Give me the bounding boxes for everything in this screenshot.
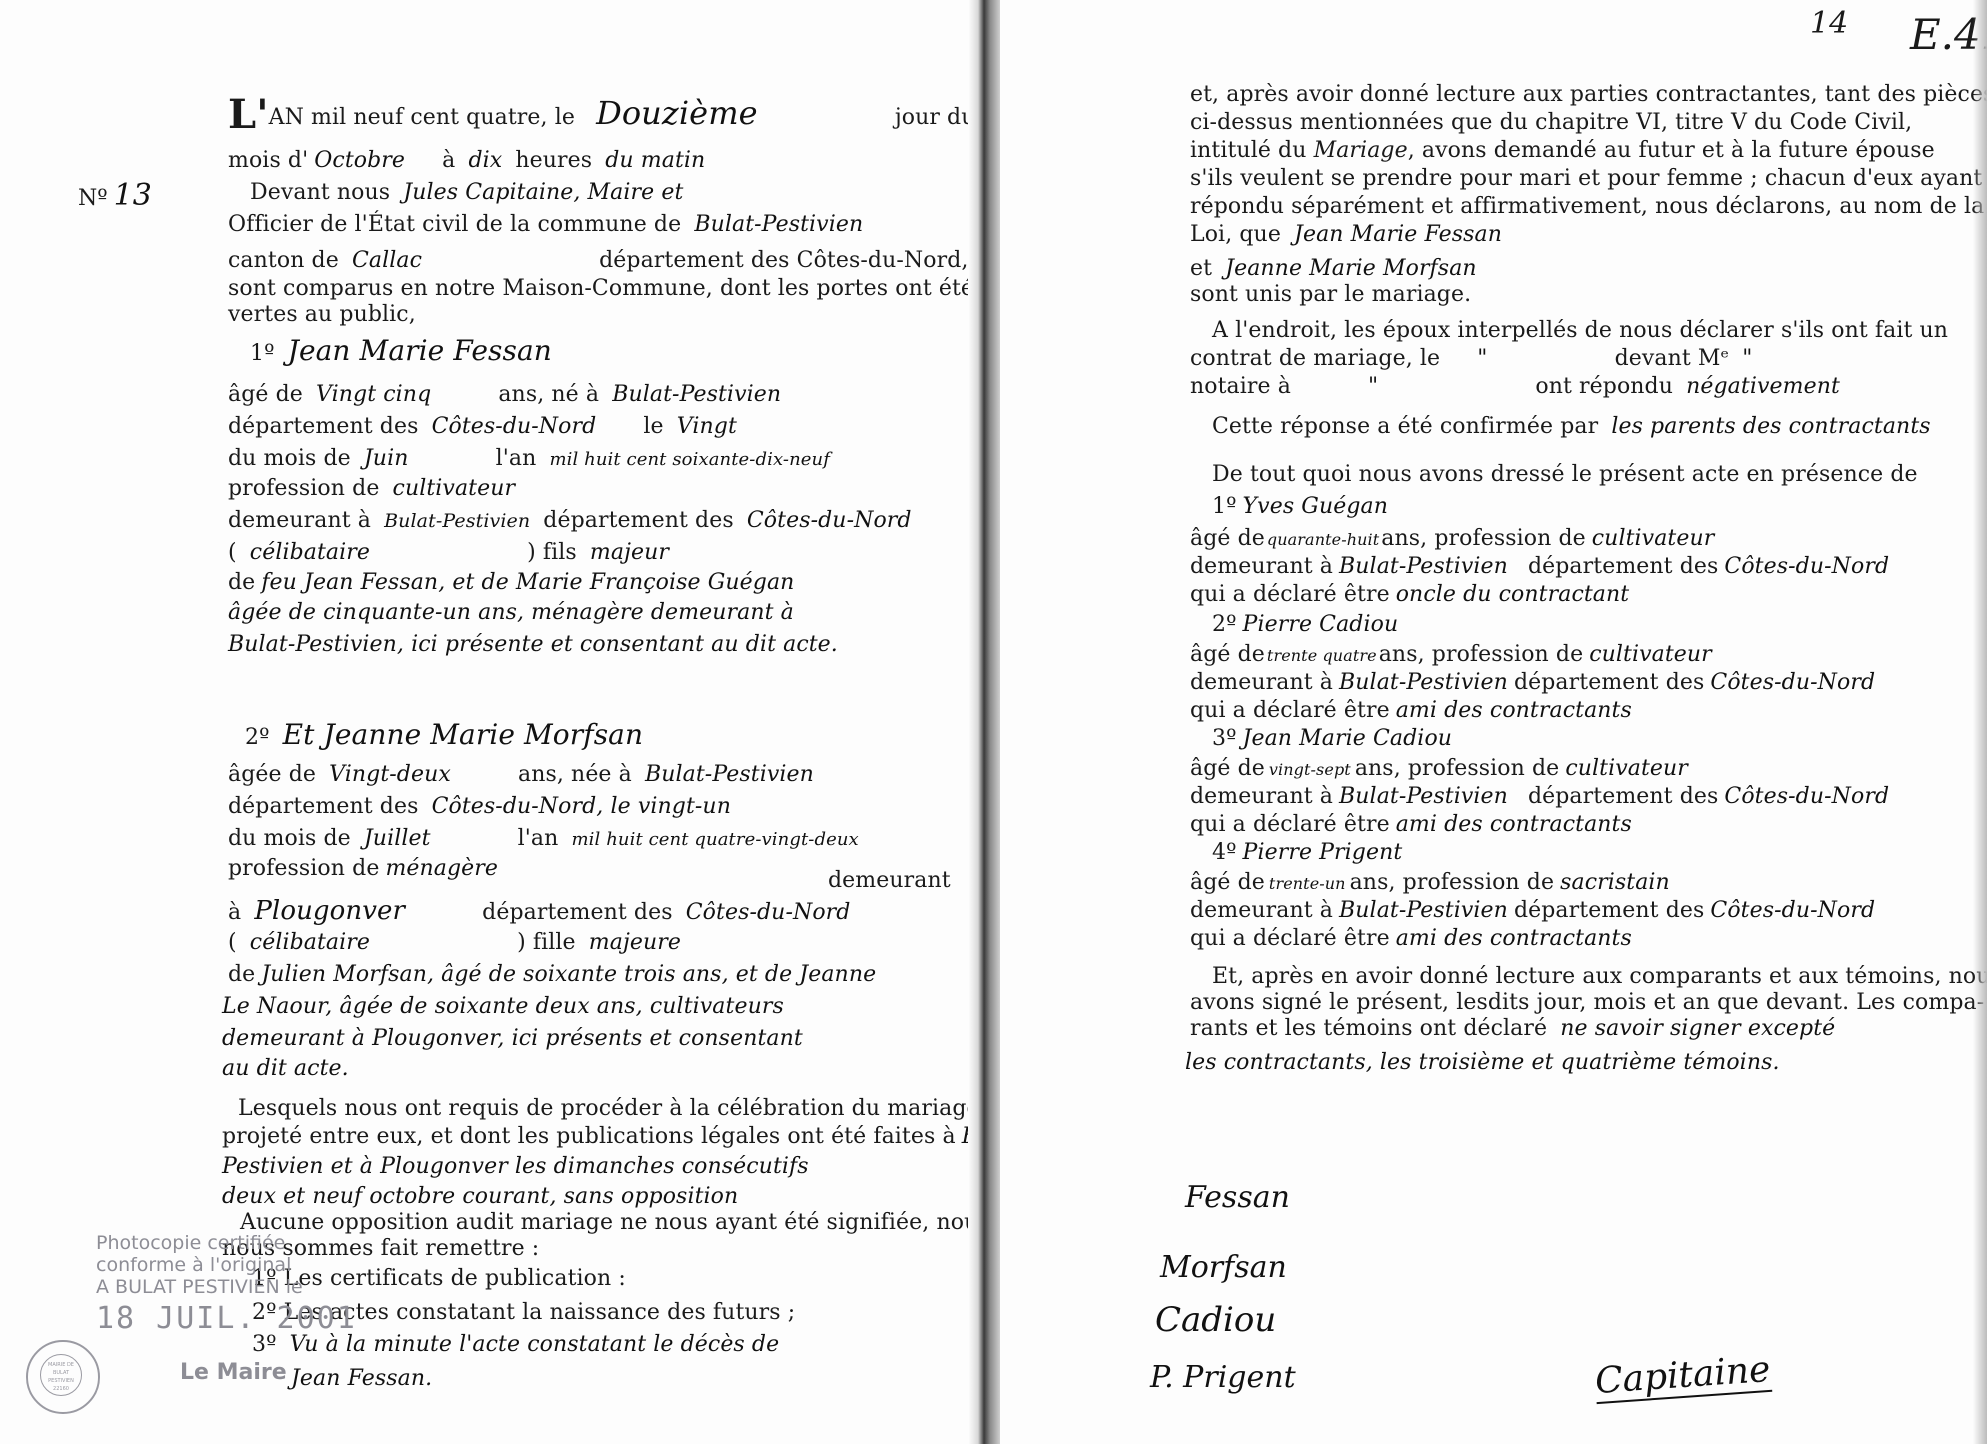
- reading-line-1: et, après avoir donné lecture aux partie…: [1190, 82, 1987, 108]
- text: Loi, que: [1190, 222, 1281, 247]
- hw-birthplace: Bulat-Pestivien: [612, 382, 781, 407]
- text: demeurant à: [1190, 554, 1333, 579]
- hw-status: célibataire: [250, 930, 370, 955]
- text: l'an: [518, 826, 559, 851]
- text: ans, née à: [518, 762, 632, 787]
- bride-name-line: 2º Et Jeanne Marie Morfsan: [245, 722, 649, 751]
- seal-text: MAIRIE DE BULAT PESTIVIEN 22160: [40, 1354, 82, 1396]
- groom-residence-line: demeurant à Bulat-Pestivien département …: [228, 508, 918, 534]
- hw-age: trente quatre: [1267, 646, 1377, 665]
- contract-line-3: notaire à " ont répondu négativement: [1190, 374, 1846, 400]
- hw-dept: Côtes-du-Nord: [1710, 898, 1875, 923]
- text: l'an: [496, 446, 537, 471]
- text: (: [228, 930, 237, 955]
- text: ) fille: [517, 930, 576, 955]
- hw-witness-name: Jean Marie Cadiou: [1243, 726, 1453, 751]
- hw-day: Douzième: [596, 94, 758, 132]
- hw-groom-name: Jean Marie Fessan: [288, 334, 552, 367]
- bride-parents-line-3: demeurant à Plougonver, ici présents et …: [222, 1026, 809, 1052]
- intro-line-2: mois d'Octobre à dix heures du matin: [228, 148, 711, 174]
- signature-witness-3: Cadiou: [1155, 1300, 1276, 1340]
- groom-age-line: âgé de Vingt cinq ans, né à Bulat-Pestiv…: [228, 382, 787, 408]
- text: à: [442, 148, 455, 173]
- bride-parents-line-4: au dit acte.: [222, 1056, 355, 1082]
- hw-residence: Bulat-Pestivien: [1339, 670, 1508, 695]
- ordinal: 1º: [1212, 494, 1237, 519]
- publications-line-2: projeté entre eux, et dont les publicati…: [222, 1124, 1035, 1150]
- text: heures: [515, 148, 592, 173]
- reading-line-7: et Jeanne Marie Morfsan: [1190, 256, 1483, 282]
- contract-line-2: contrat de mariage, le " devant Mᵉ ": [1190, 346, 1759, 372]
- hw-parents: âgée de cinquante-un ans, ménagère demeu…: [228, 600, 794, 625]
- text: ans, né à: [498, 382, 599, 407]
- signature-groom: Fessan: [1185, 1180, 1290, 1215]
- hw-birthplace: Bulat-Pestivien: [645, 762, 814, 787]
- text: ans, profession de: [1381, 526, 1586, 551]
- hw-closing: les contractants, les troisième et quatr…: [1185, 1050, 1780, 1075]
- stamp-date: 18 JUIL. 2001: [96, 1308, 357, 1330]
- bride-month-line: du mois de Juillet l'an mil huit cent qu…: [228, 826, 865, 853]
- certification-stamp: Photocopie certifiée conforme à l'origin…: [96, 1232, 357, 1330]
- hw-residence: Bulat-Pestivien: [1339, 554, 1508, 579]
- stamp-line-1: Photocopie certifiée: [96, 1232, 357, 1254]
- hw-parents: au dit acte.: [222, 1056, 349, 1081]
- page-edge: [1973, 0, 1987, 1444]
- text: ont répondu: [1535, 374, 1673, 399]
- text: département des Côtes-du-Nord,: [599, 248, 968, 273]
- bride-age-line: âgée de Vingt-deux ans, née à Bulat-Pest…: [228, 762, 820, 788]
- hw-item: Jean Fessan.: [291, 1366, 432, 1391]
- intro-line-4: Officier de l'État civil de la commune d…: [228, 212, 869, 238]
- text: Les actes constatant la naissance des fu…: [284, 1300, 796, 1325]
- reading-line-4: s'ils veulent se prendre pour mari et po…: [1190, 166, 1982, 192]
- text: Devant nous: [250, 180, 390, 205]
- text: demeurant à: [1190, 670, 1333, 695]
- contract-line-4: Cette réponse a été confirmée par les pa…: [1212, 414, 1937, 440]
- hw-commune: Bulat-Pestivien: [694, 212, 863, 237]
- stamp-signatory: Le Maire: [180, 1360, 287, 1385]
- reading-line-8: sont unis par le mariage.: [1190, 282, 1471, 308]
- groom-status-line: ( célibataire ) fils majeur: [228, 540, 675, 566]
- text: département des: [1528, 554, 1718, 579]
- bride-profession-line: profession deménagère: [228, 856, 504, 882]
- publications-line-4: deux et neuf octobre courant, sans oppos…: [222, 1184, 744, 1210]
- hw-relation: ami des contractants: [1396, 812, 1632, 837]
- text: rants et les témoins ont déclaré: [1190, 1016, 1547, 1041]
- text: département des: [1514, 670, 1704, 695]
- hw-parents: Julien Morfsan, âgé de soixante trois an…: [261, 962, 876, 987]
- signature-mayor: Capitaine: [1594, 1349, 1772, 1404]
- hw-confirmation: les parents des contractants: [1611, 414, 1930, 439]
- text: âgée de: [228, 762, 316, 787]
- hw-year: mil huit cent soixante-dix-neuf: [549, 449, 830, 470]
- hw-profession: cultivateur: [393, 476, 516, 501]
- hw-relation: ami des contractants: [1396, 698, 1632, 723]
- hw-dept-day: Côtes-du-Nord, le vingt-un: [432, 794, 731, 819]
- witnesses-intro: De tout quoi nous avons dressé le présen…: [1212, 462, 1918, 488]
- hw-ditto: ": [1742, 346, 1752, 371]
- text: Cette réponse a été confirmée par: [1212, 414, 1598, 439]
- hw-parents: Bulat-Pestivien, ici présente et consent…: [228, 632, 838, 657]
- text: ans, profession de: [1379, 642, 1584, 667]
- hw-witness-name: Pierre Cadiou: [1243, 612, 1399, 637]
- hw-status: célibataire: [250, 540, 370, 565]
- hw-ditto: ": [1477, 346, 1487, 371]
- mairie-seal-icon: MAIRIE DE BULAT PESTIVIEN 22160: [26, 1340, 100, 1414]
- text: demeurant à: [1190, 784, 1333, 809]
- text: département des: [1528, 784, 1718, 809]
- hw-relation: oncle du contractant: [1396, 582, 1630, 607]
- text: (: [228, 540, 237, 565]
- text: le: [643, 414, 663, 439]
- hw-residence: Bulat-Pestivien: [1339, 784, 1508, 809]
- closing-line-2: avons signé le présent, lesdits jour, mo…: [1190, 990, 1984, 1016]
- text: , avons demandé au futur et à la future …: [1408, 138, 1935, 163]
- text: canton de: [228, 248, 339, 273]
- hw-officer: Jules Capitaine, Maire et: [403, 180, 683, 205]
- publications-line-3: Pestivien et à Plougonver les dimanches …: [222, 1154, 815, 1180]
- hw-hour: dix: [468, 148, 502, 173]
- text: intitulé du: [1190, 138, 1307, 163]
- text: jour du: [895, 105, 976, 130]
- drop-cap: L': [228, 91, 269, 138]
- text: département des: [228, 414, 418, 439]
- right-page: 14 E.41 et, après avoir donné lecture au…: [1000, 0, 1987, 1444]
- groom-dept-line: département des Côtes-du-Nord le Vingt: [228, 414, 743, 440]
- hw-dept: Côtes-du-Nord: [1724, 784, 1889, 809]
- closing-line-1: Et, après en avoir donné lecture aux com…: [1212, 964, 1987, 990]
- text: qui a déclaré être: [1190, 582, 1390, 607]
- hw-age: Vingt-deux: [329, 762, 451, 787]
- text: profession de: [228, 856, 379, 881]
- bride-parents-line-1: deJulien Morfsan, âgé de soixante trois …: [228, 962, 882, 988]
- hw-year: mil huit cent quatre-vingt-deux: [572, 829, 859, 850]
- text: notaire à: [1190, 374, 1291, 399]
- text: âgé de: [1190, 756, 1265, 781]
- groom-parents-line-1: defeu Jean Fessan, et de Marie Françoise…: [228, 570, 800, 596]
- hw-response: négativement: [1686, 374, 1840, 399]
- hw-dept: Côtes-du-Nord: [432, 414, 597, 439]
- act-number-label: Nº: [78, 186, 108, 211]
- text: département des: [482, 900, 672, 925]
- text: demeurant à: [1190, 898, 1333, 923]
- hw-age: vingt-sept: [1269, 760, 1351, 779]
- bride-dept-line: département des Côtes-du-Nord, le vingt-…: [228, 794, 737, 820]
- text-italic: Mariage: [1314, 138, 1408, 163]
- hw-witness-name: Pierre Prigent: [1243, 840, 1403, 865]
- ordinal: 3º: [1212, 726, 1237, 751]
- hw-residence-dept: Côtes-du-Nord: [747, 508, 912, 533]
- hw-groom-name: Jean Marie Fessan: [1294, 222, 1502, 247]
- hw-time: du matin: [605, 148, 705, 173]
- text: à: [228, 900, 241, 925]
- hw-canton: Callac: [352, 248, 422, 273]
- hw-parents: feu Jean Fessan, et de Marie Françoise G…: [261, 570, 794, 595]
- hw-profession: cultivateur: [1565, 756, 1688, 781]
- hw-ditto: ": [1368, 374, 1378, 399]
- hw-parents: Le Naour, âgée de soixante deux ans, cul…: [222, 994, 784, 1019]
- text: âgé de: [1190, 642, 1265, 667]
- hw-closing: ne savoir signer excepté: [1560, 1016, 1835, 1041]
- closing-line-3: rants et les témoins ont déclaré ne savo…: [1190, 1016, 1841, 1042]
- text: qui a déclaré être: [1190, 926, 1390, 951]
- bride-residence-label: demeurant: [828, 868, 951, 894]
- text: département des: [543, 508, 733, 533]
- text: devant Mᵉ: [1615, 346, 1730, 371]
- hw-day: Vingt: [677, 414, 737, 439]
- reading-line-5: répondu séparément et affirmativement, n…: [1190, 194, 1984, 220]
- text: demeurant à: [228, 508, 371, 533]
- groom-parents-line-2: âgée de cinquante-un ans, ménagère demeu…: [228, 600, 800, 626]
- hw-profession: ménagère: [385, 856, 498, 881]
- left-page: Nº13 L'AN mil neuf cent quatre, le Douzi…: [0, 0, 975, 1444]
- text: âgé de: [1190, 526, 1265, 551]
- hw-residence: Bulat-Pestivien: [384, 510, 530, 532]
- bride-parents-line-2: Le Naour, âgée de soixante deux ans, cul…: [222, 994, 790, 1020]
- text: ) fils: [527, 540, 577, 565]
- text: âgé de: [1190, 870, 1265, 895]
- hw-bride-name: Jeanne Marie Morfsan: [1225, 256, 1477, 281]
- signature-bride: Morfsan: [1160, 1250, 1287, 1285]
- bride-residence-line: à Plougonver département des Côtes-du-No…: [228, 898, 856, 926]
- hw-bride-name: Et Jeanne Marie Morfsan: [283, 718, 643, 751]
- intro-line-3: Devant nous Jules Capitaine, Maire et: [250, 180, 689, 206]
- hw-profession: cultivateur: [1592, 526, 1715, 551]
- hw-parents: demeurant à Plougonver, ici présents et …: [222, 1026, 803, 1051]
- text: qui a déclaré être: [1190, 812, 1390, 837]
- hw-dept: Côtes-du-Nord: [1724, 554, 1889, 579]
- text: AN mil neuf cent quatre, le: [269, 105, 575, 130]
- hw-witness-name: Yves Guégan: [1243, 494, 1389, 519]
- ordinal: 2º: [245, 725, 270, 750]
- intro-line-6: sont comparus en notre Maison-Commune, d…: [228, 276, 1016, 302]
- reading-line-6: Loi, que Jean Marie Fessan: [1190, 222, 1508, 248]
- text: qui a déclaré être: [1190, 698, 1390, 723]
- groom-parents-line-3: Bulat-Pestivien, ici présente et consent…: [228, 632, 844, 658]
- text: du mois de: [228, 826, 351, 851]
- text: ans, profession de: [1350, 870, 1555, 895]
- hw-profession: sacristain: [1560, 870, 1670, 895]
- signature-witness-4: P. Prigent: [1150, 1360, 1296, 1395]
- page-number: 14: [1810, 6, 1848, 41]
- bride-status-line: ( célibataire ) fille majeure: [228, 930, 687, 956]
- hw-month: Juillet: [364, 826, 431, 851]
- text: âgé de: [228, 382, 303, 407]
- hw-publication: Pestivien et à Plougonver les dimanches …: [222, 1154, 809, 1179]
- text: du mois de: [228, 446, 351, 471]
- hw-residence: Plougonver: [254, 896, 405, 926]
- hw-majority: majeure: [589, 930, 681, 955]
- stamp-line-2: conforme à l'original: [96, 1254, 357, 1276]
- act-number-value: 13: [114, 178, 152, 213]
- hw-item: Vu à la minute l'acte constatant le décè…: [290, 1332, 780, 1357]
- act-number: Nº13: [78, 178, 158, 213]
- hw-dept: Côtes-du-Nord: [1710, 670, 1875, 695]
- reading-line-3: intitulé du Mariage, avons demandé au fu…: [1190, 138, 1935, 164]
- text: Officier de l'État civil de la commune d…: [228, 212, 681, 237]
- ordinal: 2º: [1212, 612, 1237, 637]
- publications-item-3-cont: Jean Fessan.: [285, 1366, 438, 1392]
- text: de: [228, 570, 255, 595]
- text: contrat de mariage, le: [1190, 346, 1440, 371]
- closing-line-4: les contractants, les troisième et quatr…: [1185, 1050, 1786, 1076]
- hw-age: Vingt cinq: [316, 382, 431, 407]
- intro-line-5: canton de Callac département des Côtes-d…: [228, 248, 969, 274]
- text: département des: [1514, 898, 1704, 923]
- hw-relation: ami des contractants: [1396, 926, 1632, 951]
- text: mois d': [228, 148, 308, 173]
- hw-residence-dept: Côtes-du-Nord: [686, 900, 851, 925]
- hw-residence: Bulat-Pestivien: [1339, 898, 1508, 923]
- ordinal: 1º: [250, 341, 275, 366]
- groom-profession-line: profession de cultivateur: [228, 476, 521, 502]
- hw-age: quarante-huit: [1267, 530, 1379, 549]
- text: de: [228, 962, 255, 987]
- reading-line-2: ci-dessus mentionnées que du chapitre VI…: [1190, 110, 1912, 136]
- text: et: [1190, 256, 1212, 281]
- hw-profession: cultivateur: [1589, 642, 1712, 667]
- hw-majority: majeur: [590, 540, 669, 565]
- intro-line-1: L'AN mil neuf cent quatre, le Douzième j…: [228, 100, 976, 131]
- groom-name-line: 1º Jean Marie Fessan: [250, 338, 558, 367]
- contract-line-1: A l'endroit, les époux interpellés de no…: [1212, 318, 1948, 344]
- hw-month: Octobre: [314, 148, 405, 173]
- text: profession de: [228, 476, 379, 501]
- stamp-line-3: A BULAT PESTIVIEN le: [96, 1276, 357, 1298]
- ordinal: 4º: [1212, 840, 1237, 865]
- hw-age: trente-un: [1269, 874, 1346, 893]
- hw-publication: deux et neuf octobre courant, sans oppos…: [222, 1184, 738, 1209]
- text: département des: [228, 794, 418, 819]
- hw-month: Juin: [364, 446, 409, 471]
- publications-line-1: Lesquels nous ont requis de procéder à l…: [238, 1096, 980, 1122]
- text: projeté entre eux, et dont les publicati…: [222, 1124, 956, 1149]
- groom-month-line: du mois de Juin l'an mil huit cent soixa…: [228, 446, 836, 473]
- intro-line-7: vertes au public,: [228, 302, 416, 328]
- text: ans, profession de: [1355, 756, 1560, 781]
